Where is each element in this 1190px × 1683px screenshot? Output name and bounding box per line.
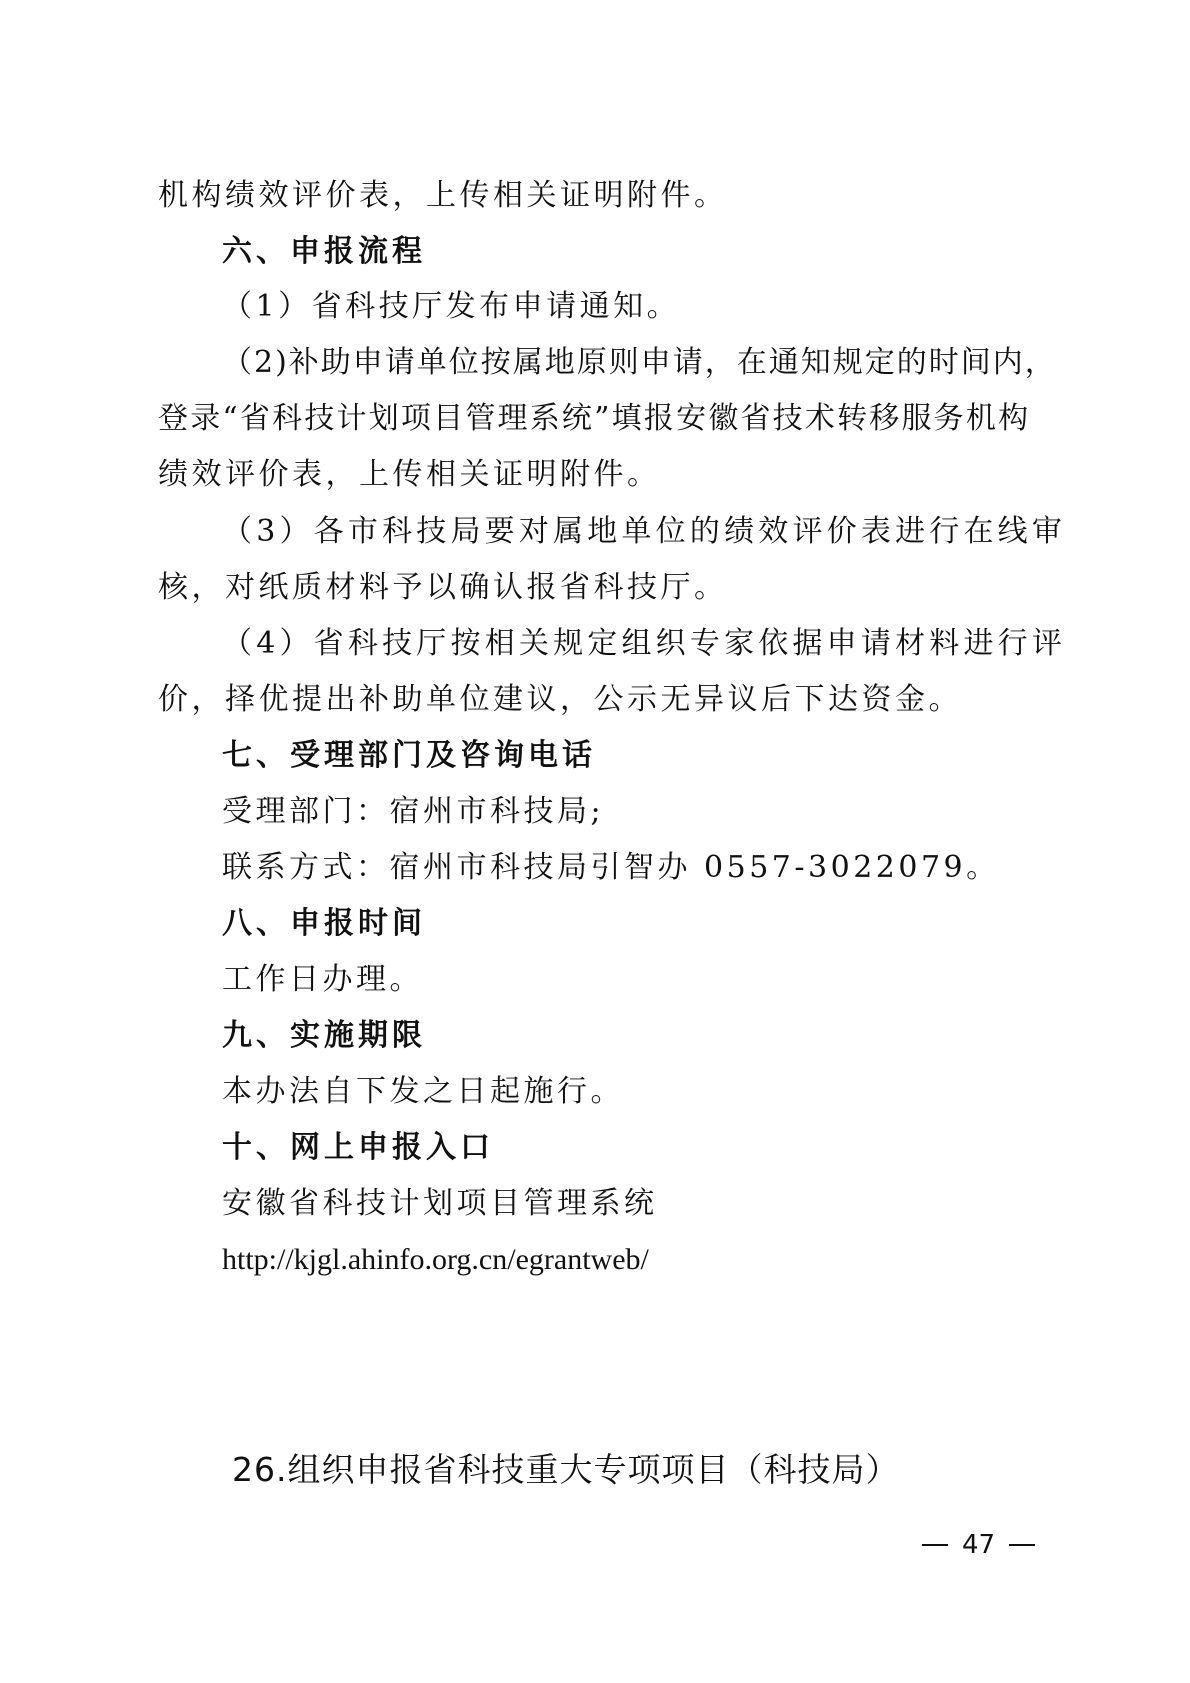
step-2-line-1: （2)补助申请单位按属地原则申请，在通知规定的时间内， (222, 343, 1057, 383)
application-time-text: 工作日办理。 (222, 960, 423, 1000)
document-page: 机构绩效评价表，上传相关证明附件。 六、申报流程 （1）省科技厅发布申请通知。 … (0, 0, 1190, 1683)
step-3-line-2: 核，对纸质材料予以确认报省科技厅。 (158, 568, 728, 608)
accepting-department: 受理部门：宿州市科技局; (222, 792, 604, 832)
heading-online-entry: 十、网上申报入口 (222, 1128, 494, 1168)
heading-contact: 七、受理部门及咨询电话 (222, 736, 596, 776)
page-footer: 47 (922, 1530, 1035, 1560)
system-url-link[interactable]: http://kjgl.ahinfo.org.cn/egrantweb/ (222, 1240, 649, 1280)
paragraph-continuation: 机构绩效评价表，上传相关证明附件。 (158, 176, 728, 216)
dash-right (1009, 1544, 1035, 1546)
step-2-line-3: 绩效评价表，上传相关证明附件。 (158, 455, 661, 495)
step-4-line-2: 价，择优提出补助单位建议，公示无异议后下达资金。 (158, 680, 962, 720)
step-2-line-2: 登录“省科技计划项目管理系统”填报安徽省技术转移服务机构 (158, 399, 1030, 439)
contact-info: 联系方式：宿州市科技局引智办 0557-3022079。 (222, 848, 1000, 888)
step-3-line-1: （3）各市科技局要对属地单位的绩效评价表进行在线审 (222, 512, 1066, 552)
heading-application-process: 六、申报流程 (222, 232, 426, 272)
section-title: 26.组织申报省科技重大专项项目（科技局） (232, 1448, 899, 1492)
heading-application-time: 八、申报时间 (222, 904, 426, 944)
heading-implementation-period: 九、实施期限 (222, 1016, 426, 1056)
page-number: 47 (962, 1530, 995, 1560)
implementation-text: 本办法自下发之日起施行。 (222, 1072, 624, 1112)
step-1: （1）省科技厅发布申请通知。 (222, 287, 680, 327)
step-4-line-1: （4）省科技厅按相关规定组织专家依据申请材料进行评 (222, 624, 1066, 664)
dash-left (922, 1544, 948, 1546)
system-name: 安徽省科技计划项目管理系统 (222, 1184, 658, 1224)
